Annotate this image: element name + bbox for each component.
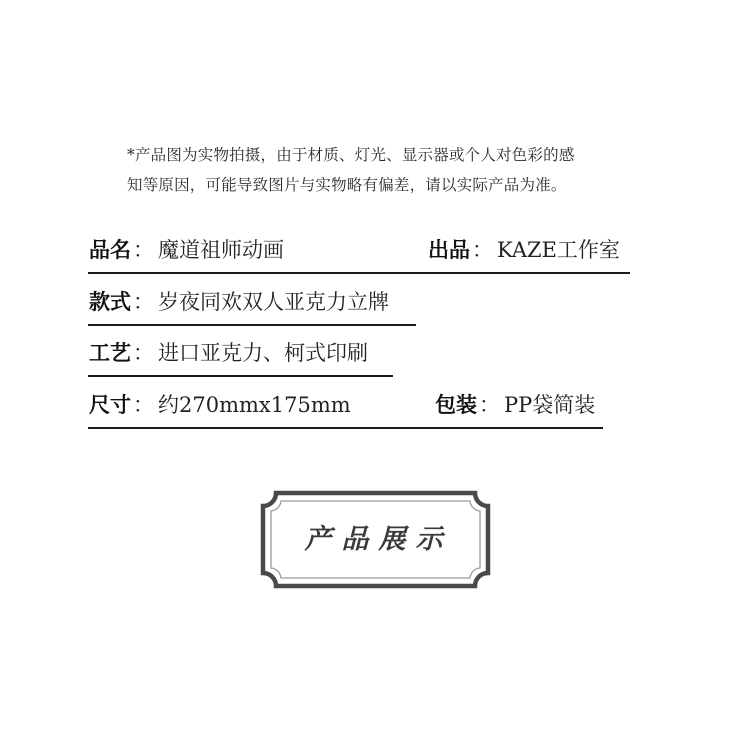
spec-colon: ： bbox=[133, 238, 154, 262]
spec-packaging: 包装：PP袋简装 bbox=[435, 390, 595, 420]
spec-value: 进口亚克力、柯式印刷 bbox=[158, 341, 368, 365]
disclaimer-note: *产品图为实物拍摄，由于材质、灯光、显示器或个人对色彩的感 知等原因，可能导致图… bbox=[127, 140, 637, 200]
spec-value: KAZE工作室 bbox=[497, 238, 620, 262]
spec-label: 款式 bbox=[89, 289, 131, 314]
spec-craft: 工艺：进口亚克力、柯式印刷 bbox=[89, 338, 368, 368]
spec-colon: ： bbox=[133, 341, 154, 365]
spec-colon: ： bbox=[133, 290, 154, 314]
spec-value: 岁夜同欢双人亚克力立牌 bbox=[158, 290, 389, 314]
divider-rule bbox=[88, 427, 603, 429]
spec-label: 品名 bbox=[89, 237, 131, 262]
spec-style: 款式：岁夜同欢双人亚克力立牌 bbox=[89, 287, 389, 317]
spec-product-name: 品名：魔道祖师动画 bbox=[89, 235, 284, 265]
spec-colon: ： bbox=[133, 393, 154, 417]
spec-value: PP袋简装 bbox=[504, 393, 595, 417]
spec-label: 尺寸 bbox=[89, 392, 131, 417]
section-title-badge: 产品展示 bbox=[260, 490, 491, 589]
spec-value: 魔道祖师动画 bbox=[158, 238, 284, 262]
spec-label: 包装 bbox=[435, 392, 477, 417]
divider-rule bbox=[88, 324, 416, 326]
disclaimer-line-2: 知等原因，可能导致图片与实物略有偏差，请以实际产品为准。 bbox=[127, 170, 637, 200]
spec-colon: ： bbox=[479, 393, 500, 417]
spec-value: 约270mmx175mm bbox=[158, 393, 351, 417]
section-title: 产品展示 bbox=[260, 490, 491, 589]
spec-size: 尺寸：约270mmx175mm bbox=[89, 390, 351, 420]
divider-rule bbox=[88, 375, 393, 377]
spec-colon: ： bbox=[472, 238, 493, 262]
disclaimer-line-1: *产品图为实物拍摄，由于材质、灯光、显示器或个人对色彩的感 bbox=[127, 140, 637, 170]
spec-label: 工艺 bbox=[89, 340, 131, 365]
divider-rule bbox=[88, 272, 630, 274]
spec-producer: 出品：KAZE工作室 bbox=[428, 235, 620, 265]
spec-label: 出品 bbox=[428, 237, 470, 262]
